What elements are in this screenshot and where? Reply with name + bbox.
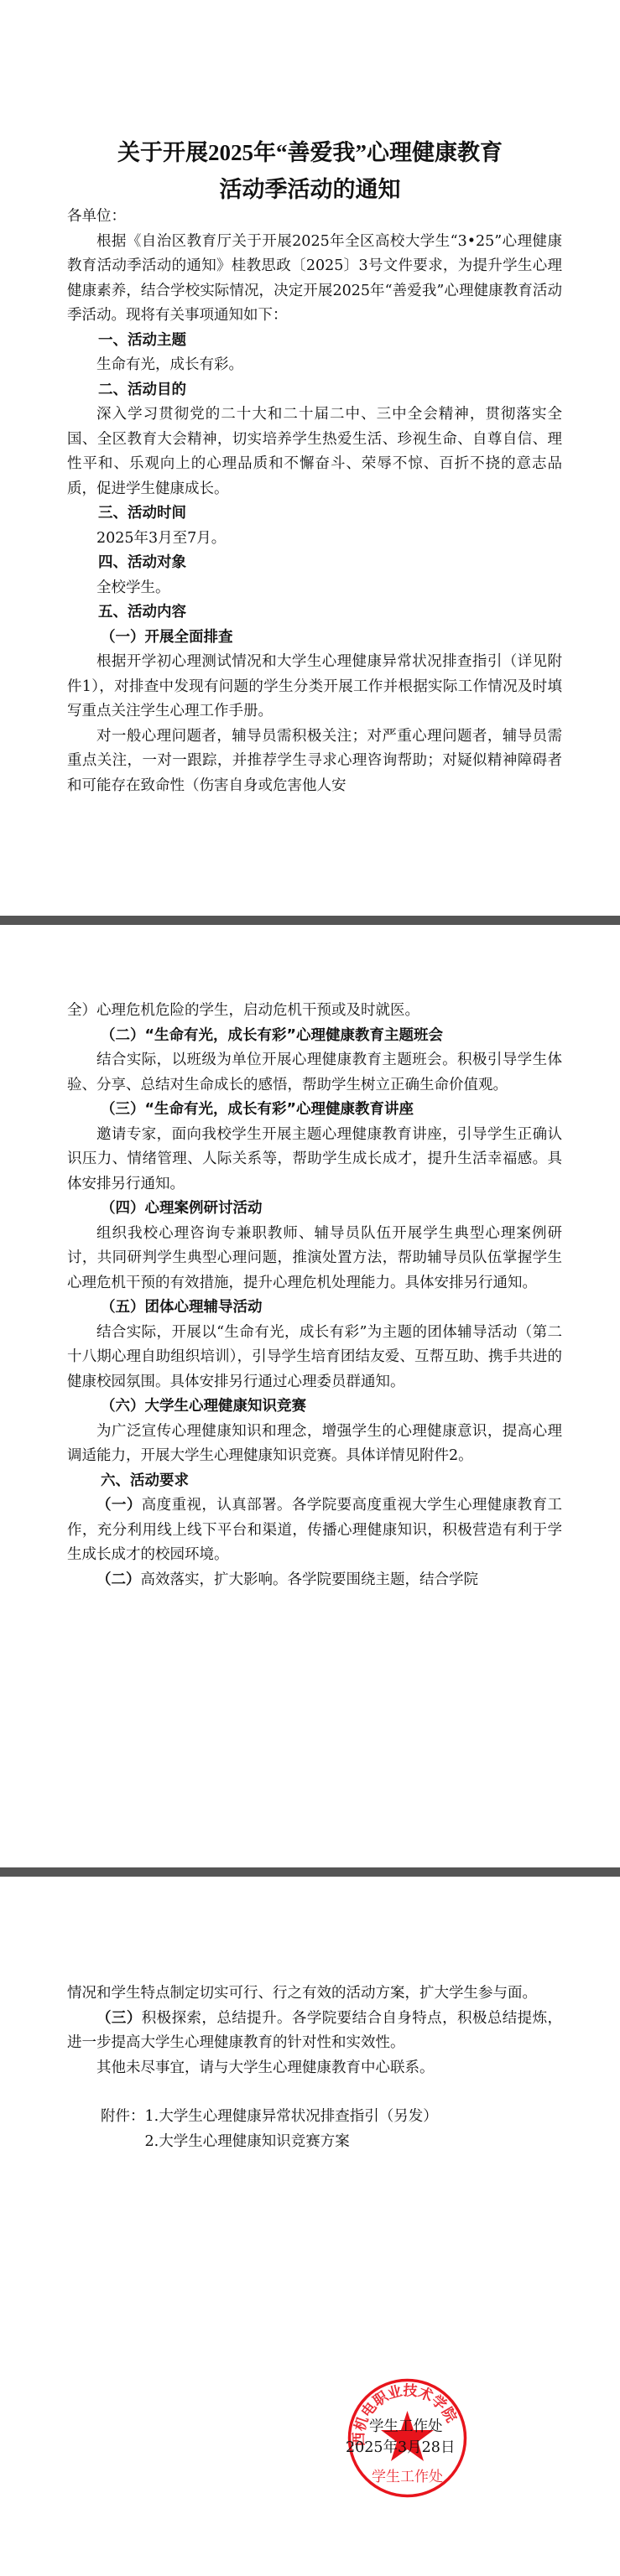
requirement-3-text: 积极探索，总结提升。各学院要结合自身特点，积极总结提炼，进一步提高大学生心理健康…: [67, 2010, 562, 2052]
requirement-3-label: （三）: [96, 2010, 142, 2027]
section-heading-purpose: 二、活动目的: [67, 378, 562, 403]
attachment-2: 2.大学生心理健康知识竞赛方案: [145, 2130, 438, 2155]
activity-heading-1: （一）开展全面排查: [67, 626, 562, 651]
requirement-2-text-part-1: 高效落实，扩大影响。各学院要围绕主题，结合学院: [141, 1571, 479, 1588]
activity-2-paragraph: 结合实际，以班级为单位开展心理健康教育主题班会。积极引导学生体验、分享、总结对生…: [67, 1048, 562, 1098]
page-separator: [0, 1867, 620, 1877]
section-text-purpose: 深入学习贯彻党的二十大和二十届二中、三中全会精神，贯彻落实全国、全区教育大会精神…: [67, 402, 562, 501]
requirement-2-part-1: （二）高效落实，扩大影响。各学院要围绕主题，结合学院: [67, 1568, 562, 1593]
section-text-time: 2025年3月至7月。: [67, 527, 562, 552]
activity-heading-4: （四）心理案例研讨活动: [67, 1197, 562, 1222]
activity-1-paragraph-2: 对一般心理问题者，辅导员需积极关注；对严重心理问题者，辅导员需重点关注，一对一跟…: [67, 724, 562, 799]
closing-paragraph: 其他未尽事宜，请与大学生心理健康教育中心联系。: [67, 2056, 562, 2081]
requirement-1: （一）高度重视，认真部署。各学院要高度重视大学生心理健康教育工作，充分利用线上线…: [67, 1493, 562, 1568]
activity-1-paragraph-1: 根据开学初心理测试情况和大学生心理健康异常状况排查指引（详见附件1），对排查中发…: [67, 650, 562, 724]
section-heading-time: 三、活动时间: [67, 501, 562, 527]
page-1: 关于开展2025年“善爱我”心理健康教育 活动季活动的通知 各单位： 根据《自治…: [0, 0, 620, 916]
requirement-1-text: 高度重视，认真部署。各学院要高度重视大学生心理健康教育工作，充分利用线上线下平台…: [67, 1497, 562, 1563]
activity-heading-2: （二）“生命有光，成长有彩”心理健康教育主题班会: [67, 1024, 562, 1049]
activity-1-paragraph-3: 全）心理危机危险的学生，启动危机干预或及时就医。: [67, 999, 562, 1024]
page-3-body: 情况和学生特点制定切实可行、行之有效的活动方案，扩大学生参与面。 （三）积极探索…: [67, 1981, 562, 2154]
page-1-body: 各单位： 根据《自治区教育厅关于开展2025年全区高校大学生“3•25”心理健康…: [67, 205, 562, 798]
activity-3-paragraph: 邀请专家，面向我校学生开展主题心理健康教育讲座，引导学生正确认识压力、情绪管理、…: [67, 1123, 562, 1197]
section-heading-target: 四、活动对象: [67, 551, 562, 576]
title-line-1: 关于开展2025年“善爱我”心理健康教育: [0, 134, 620, 171]
page-separator: [0, 916, 620, 925]
svg-text:学生工作处: 学生工作处: [372, 2469, 443, 2485]
requirement-1-label: （一）: [96, 1497, 142, 1514]
signature-date: 2025年3月28日: [346, 2436, 455, 2457]
intro-paragraph: 根据《自治区教育厅关于开展2025年全区高校大学生“3•25”心理健康教育活动季…: [67, 230, 562, 329]
activity-heading-6: （六）大学生心理健康知识竞赛: [67, 1394, 562, 1420]
salutation: 各单位：: [67, 205, 562, 230]
section-heading-requirements: 六、活动要求: [67, 1469, 562, 1494]
document-title: 关于开展2025年“善爱我”心理健康教育 活动季活动的通知: [0, 134, 620, 208]
attachments: 附件： 1.大学生心理健康异常状况排查指引（另发） 2.大学生心理健康知识竞赛方…: [67, 2105, 562, 2154]
attachments-label: 附件：: [101, 2105, 145, 2154]
activity-heading-5: （五）团体心理辅导活动: [67, 1296, 562, 1321]
page-2: 全）心理危机危险的学生，启动危机干预或及时就医。 （二）“生命有光，成长有彩”心…: [0, 925, 620, 1867]
section-text-theme: 生命有光，成长有彩。: [67, 353, 562, 378]
signature-org: 学生工作处: [369, 2415, 443, 2436]
page-3: 情况和学生特点制定切实可行、行之有效的活动方案，扩大学生参与面。 （三）积极探索…: [0, 1877, 620, 2576]
title-line-2: 活动季活动的通知: [0, 171, 620, 208]
requirement-3: （三）积极探索，总结提升。各学院要结合自身特点，积极总结提炼，进一步提高大学生心…: [67, 2007, 562, 2056]
requirement-2-label: （二）: [96, 1571, 141, 1588]
attachment-1: 1.大学生心理健康异常状况排查指引（另发）: [145, 2105, 438, 2130]
requirement-2-text-part-2: 情况和学生特点制定切实可行、行之有效的活动方案，扩大学生参与面。: [67, 1981, 562, 2007]
activity-6-paragraph: 为广泛宣传心理健康知识和理念，增强学生的心理健康意识，提高心理调适能力，开展大学…: [67, 1420, 562, 1469]
section-text-target: 全校学生。: [67, 576, 562, 601]
activity-4-paragraph: 组织我校心理咨询专兼职教师、辅导员队伍开展学生典型心理案例研讨，共同研判学生典型…: [67, 1222, 562, 1296]
activity-5-paragraph: 结合实际，开展以“生命有光，成长有彩”为主题的团体辅导活动（第二十八期心理自助组…: [67, 1321, 562, 1395]
section-heading-theme: 一、活动主题: [67, 329, 562, 354]
page-2-body: 全）心理危机危险的学生，启动危机干预或及时就医。 （二）“生命有光，成长有彩”心…: [67, 999, 562, 1592]
activity-heading-3: （三）“生命有光，成长有彩”心理健康教育讲座: [67, 1098, 562, 1123]
section-heading-content: 五、活动内容: [67, 600, 562, 626]
